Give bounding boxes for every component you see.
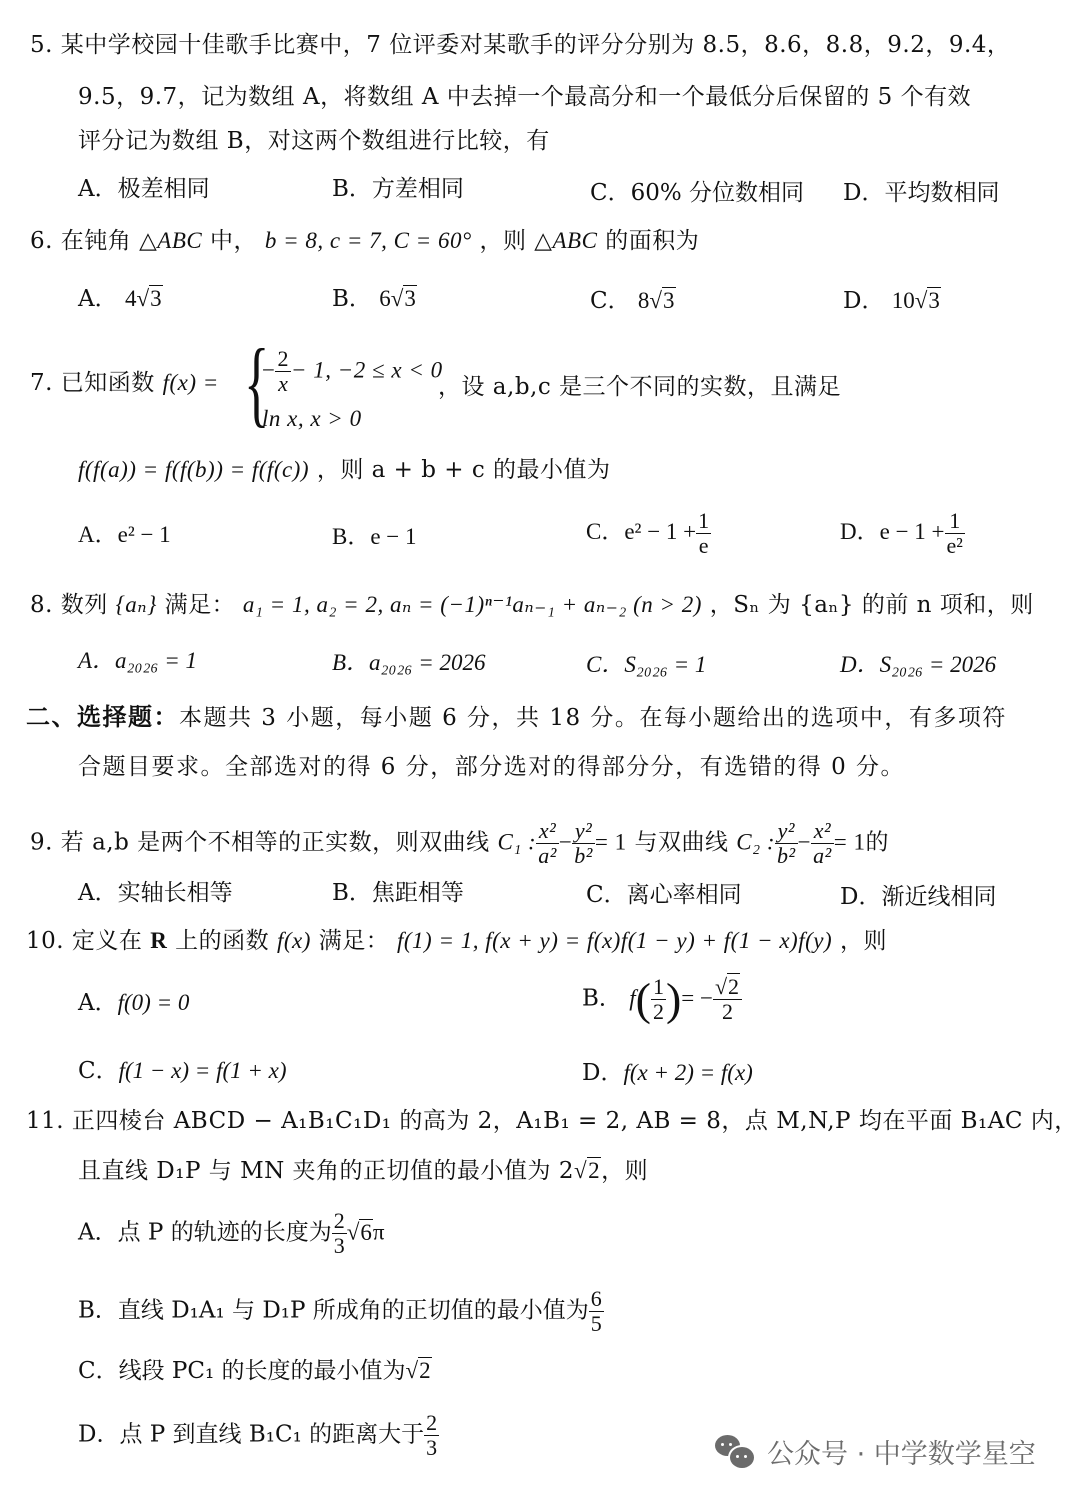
option-a: A．极差相同 (78, 174, 210, 204)
stem-text: ，则 (479, 228, 526, 254)
math-expr: C₂ : (736, 830, 775, 855)
wechat-icon (715, 1435, 755, 1469)
option-b: B．焦距相等 (332, 878, 464, 908)
option-a: A．点 P 的轨迹的长度为23√6π (78, 1210, 384, 1257)
radicand: 3 (403, 285, 417, 311)
stem-text: 数列 (61, 592, 108, 618)
radicand: 3 (927, 287, 941, 313)
stem-text: ，则 a + b + c 的最小值为 (317, 457, 611, 483)
math-expr: f(x) (277, 928, 311, 953)
math-expr: f(1) = 1, f(x + y) = f(x)f(1 − y) + f(1 … (397, 928, 832, 953)
option-d: D． 10√3 (843, 286, 941, 316)
option-c: C．60% 分位数相同 (590, 178, 804, 208)
option-label: A． (78, 286, 118, 312)
question-stem-line: 且直线 D₁P 与 MN 夹角的正切值的最小值为 2√2，则 (78, 1156, 648, 1186)
sqrt-icon: √3 (915, 287, 941, 313)
fraction: 23 (332, 1210, 347, 1257)
coef: 4 (125, 286, 137, 311)
stem-text: 在钝角 (61, 228, 132, 254)
stem-text: 中， (210, 228, 257, 254)
option-c: C．线段 PC₁ 的长度的最小值为√2 (78, 1356, 432, 1386)
math-expr: a₁ = 1, a₂ = 2, aₙ = (−1)ⁿ⁻¹aₙ₋₁ + aₙ₋₂ … (243, 592, 702, 617)
stem-text: 满足： (165, 592, 236, 618)
fraction: 1e (696, 510, 711, 557)
question-number: 8. (30, 592, 53, 618)
stem-text: 与双曲线 (634, 830, 728, 856)
question-number: 11. (26, 1108, 64, 1134)
math-expr: △ABC (534, 228, 597, 253)
stem-text: ，则 (840, 928, 887, 954)
math-expr: b = 8, c = 7, C = 60° (265, 228, 472, 253)
option-a: A．a₂₀₂₆ = 1 (78, 646, 197, 676)
fraction: y²b² (572, 820, 595, 867)
question-number: 10. (26, 928, 64, 954)
question-number: 6. (30, 228, 53, 254)
option-d: D．f(x + 2) = f(x) (582, 1058, 753, 1088)
option-b: B． f(12)= −√22 (582, 976, 742, 1023)
coef: 10 (892, 288, 915, 313)
option-d: D．e − 1 +1e² (840, 510, 965, 557)
math-expr: C₁ : (497, 830, 536, 855)
stem-text: ，Sₙ 为 {aₙ} 的前 n 项和，则 (710, 592, 1034, 618)
fraction: x²a² (811, 820, 834, 867)
math-expr: f(x) = (163, 370, 219, 395)
fraction: √22 (713, 976, 742, 1023)
question-stem-line: ，设 a,b,c 是三个不同的实数，且满足 (438, 372, 841, 402)
option-label: D． (843, 288, 884, 314)
fraction: 12 (651, 976, 666, 1023)
stem-text: 上的函数 (175, 928, 269, 954)
question-number: 9. (30, 830, 53, 856)
option-c: C．e² − 1 +1e (586, 510, 711, 557)
option-b: B．e − 1 (332, 522, 417, 552)
question-stem-line: 评分记为数组 B，对这两个数组进行比较，有 (78, 126, 550, 156)
sqrt-icon: √3 (649, 287, 675, 313)
sqrt-icon: √3 (136, 285, 162, 311)
section-instructions: 本题共 3 小题，每小题 6 分，共 18 分。在每小题给出的选项中，有多项符 (179, 705, 1007, 731)
option-a: A． 4√3 (78, 284, 163, 314)
section-instructions: 合题目要求。全部选对的得 6 分，部分选对的得部分分，有选错的得 0 分。 (78, 752, 905, 782)
fraction: y²b² (775, 820, 798, 867)
stem-text: 定义在 (72, 928, 143, 954)
piecewise-case-1: −2x− 1, −2 ≤ x < 0 (262, 348, 443, 395)
radicand: 3 (662, 287, 676, 313)
option-d: D．S₂₀₂₆ = 2026 (840, 650, 996, 680)
option-d: D．平均数相同 (843, 178, 999, 208)
coef: 8 (638, 288, 650, 313)
math-expr: − 1, −2 ≤ x < 0 (291, 358, 443, 383)
option-c: C．f(1 − x) = f(1 + x) (78, 1056, 287, 1086)
option-c: C．离心率相同 (586, 880, 742, 910)
watermark-text: 公众号 · 中学数学星空 (767, 1432, 1036, 1471)
option-d: D．渐近线相同 (840, 882, 996, 912)
sqrt-icon: √2 (715, 973, 740, 999)
exam-page: 5. 某中学校园十佳歌手比赛中，7 位评委对某歌手的评分分别为 8.5，8.6，… (0, 0, 1080, 1496)
math-expr: {aₙ} (116, 592, 157, 617)
sqrt-icon: √2 (406, 1357, 432, 1383)
stem-text: 满足： (319, 928, 390, 954)
option-b: B．直线 D₁A₁ 与 D₁P 所成角的正切值的最小值为65 (78, 1288, 604, 1335)
section-heading: 二、选择题： (26, 703, 179, 731)
radicand: 3 (149, 285, 163, 311)
stem-text: 若 a,b 是两个不相等的正实数，则双曲线 (61, 830, 490, 856)
option-b: B．方差相同 (332, 174, 464, 204)
real-numbers-symbol: R (150, 928, 167, 953)
watermark: 公众号 · 中学数学星空 (715, 1432, 1036, 1471)
fraction: 1e² (945, 510, 965, 557)
option-c: C．S₂₀₂₆ = 1 (586, 650, 706, 680)
question-stem-line: 9.5，9.7，记为数组 A，将数组 A 中去掉一个最高分和一个最低分后保留的 … (78, 82, 971, 112)
sqrt-icon: √3 (391, 285, 417, 311)
math-expr: △ABC (139, 228, 202, 253)
stem-text: 的面积为 (605, 228, 699, 254)
option-label: C． (590, 288, 631, 314)
stem-text: 已知函数 (61, 370, 155, 396)
piecewise-case-2: ln x, x > 0 (262, 404, 362, 434)
option-b: B． 6√3 (332, 284, 417, 314)
question-number: 5. (30, 32, 53, 58)
fraction: x²a² (536, 820, 559, 867)
question-stem-line: 某中学校园十佳歌手比赛中，7 位评委对某歌手的评分分别为 8.5，8.6，8.8… (61, 32, 1011, 58)
option-a: A．实轴长相等 (78, 878, 233, 908)
question-stem-line: 正四棱台 ABCD − A₁B₁C₁D₁ 的高为 2，A₁B₁ = 2, AB … (72, 1108, 1078, 1134)
sqrt-icon: √2 (574, 1157, 601, 1183)
option-b: B．a₂₀₂₆ = 2026 (332, 648, 486, 678)
question-number: 7. (30, 370, 53, 396)
option-a: A．f(0) = 0 (78, 988, 189, 1018)
option-c: C． 8√3 (590, 286, 676, 316)
option-a: A．e² − 1 (78, 520, 171, 550)
option-label: B． (332, 286, 372, 312)
coef: 6 (379, 286, 391, 311)
sqrt-icon: √6 (347, 1219, 373, 1245)
fraction: 23 (424, 1412, 439, 1459)
fraction: 2x (275, 348, 291, 395)
math-expr: f(f(a)) = f(f(b)) = f(f(c)) (78, 457, 309, 482)
fraction: 65 (589, 1288, 604, 1335)
option-d: D．点 P 到直线 B₁C₁ 的距离大于23 (78, 1412, 439, 1459)
